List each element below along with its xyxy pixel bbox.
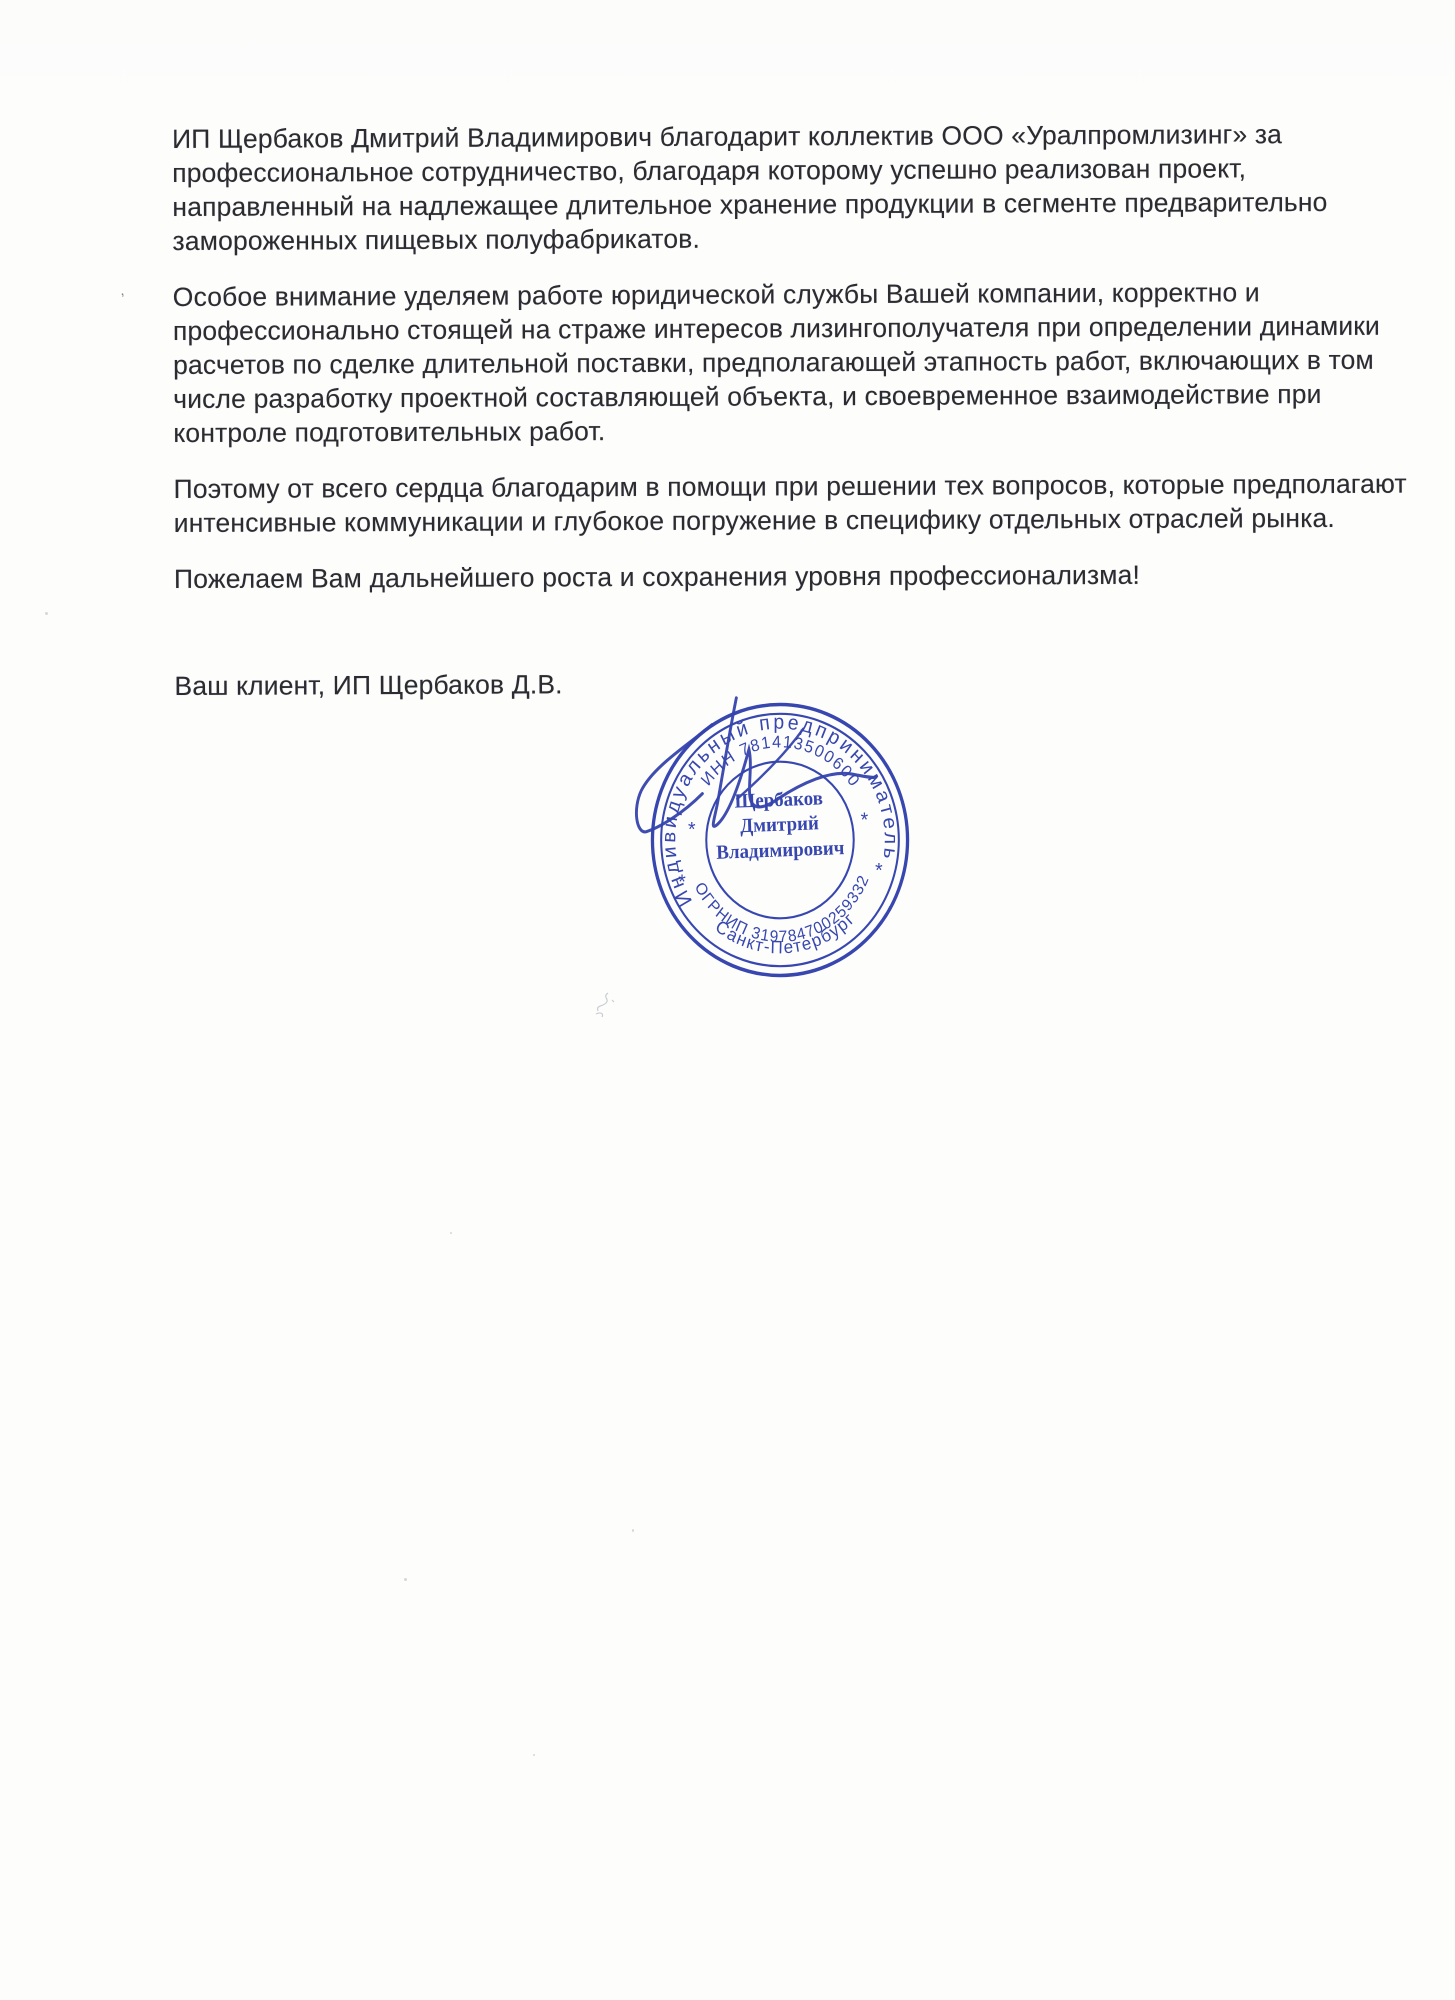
body-text-line: направленный на надлежащее длительное хр… [172, 185, 1405, 224]
paragraph-legal-service: Особое внимание уделяем работе юридическ… [173, 275, 1407, 450]
paragraph-gratitude: ИП Щербаков Дмитрий Владимирович благода… [172, 117, 1406, 258]
scan-speck [632, 1529, 634, 1532]
star-separator: * [678, 871, 686, 894]
body-text-line: контроле подготовительных работ. [173, 411, 1406, 450]
body-text-line: Пожелаем Вам дальнейшего роста и сохране… [174, 557, 1407, 596]
stamp-seal: Индивидуальный предприниматель ИНН 78141… [620, 680, 940, 1000]
scan-speck [45, 612, 48, 615]
stamp-name-line: Щербаков [734, 788, 823, 813]
body-text-line: Особое внимание уделяем работе юридическ… [173, 275, 1406, 314]
body-text-line: Поэтому от всего сердца благодарим в пом… [174, 467, 1407, 506]
star-separator: * [875, 860, 883, 883]
scan-mark: ‚ [118, 282, 125, 299]
star-separator: * [861, 809, 869, 832]
star-separator: * [688, 818, 696, 841]
body-text-line: ИП Щербаков Дмитрий Владимирович благода… [172, 117, 1405, 156]
scanned-letter-page: ИП Щербаков Дмитрий Владимирович благода… [0, 0, 1455, 2000]
paragraph-thanks: Поэтому от всего сердца благодарим в пом… [174, 467, 1407, 540]
scan-speck [533, 1754, 535, 1756]
body-text-line: расчетов по сделке длительной поставки, … [173, 343, 1406, 382]
stamp-name-line: Дмитрий [740, 813, 819, 838]
body-text-line: интенсивные коммуникации и глубокое погр… [174, 501, 1407, 540]
body-text-line: замороженных пищевых полуфабрикатов. [172, 219, 1405, 258]
letter-body: ИП Щербаков Дмитрий Владимирович благода… [172, 117, 1408, 703]
scan-speck [450, 1232, 452, 1234]
body-text-line: числе разработку проектной составляющей … [173, 377, 1406, 416]
stamp-name-line: Владимирович [716, 838, 845, 864]
scan-speck [404, 1578, 407, 1581]
body-text-line: профессионально стоящей на страже интере… [173, 309, 1406, 348]
body-text-line: профессиональное сотрудничество, благода… [172, 151, 1405, 190]
ink-smudge [588, 990, 622, 1022]
paragraph-wishes: Пожелаем Вам дальнейшего роста и сохране… [174, 557, 1407, 596]
